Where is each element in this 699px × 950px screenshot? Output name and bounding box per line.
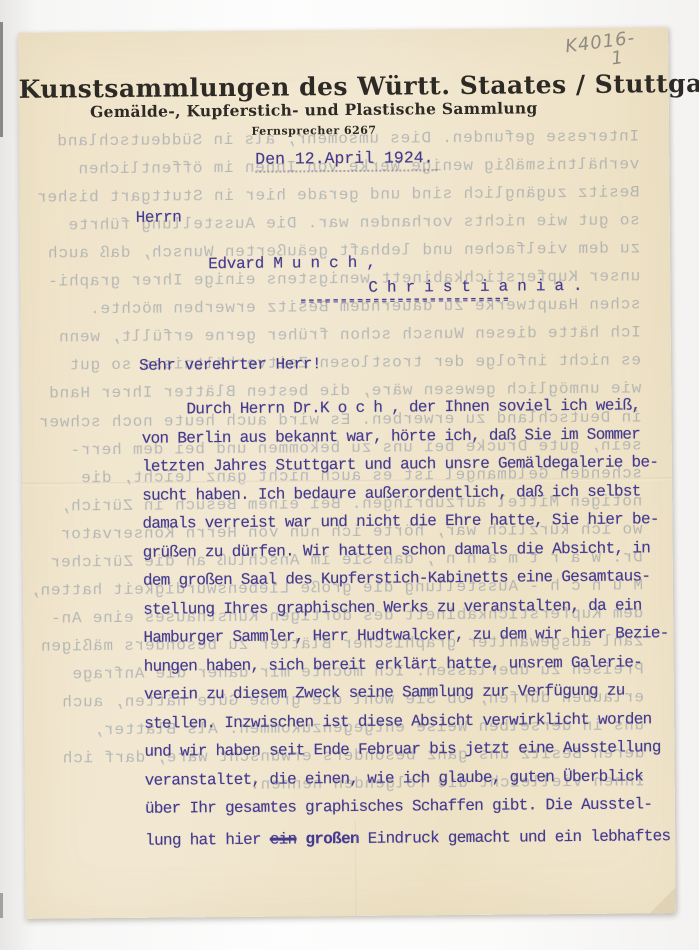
letter-body-line: von Berlin aus bekannt war, hörte ich, d… [142, 425, 641, 447]
letter-body-line: über Ihr gesamtes graphisches Schaffen g… [145, 795, 653, 817]
letter-body-line: dem großen Saal des Kupferstich-Kabinett… [143, 567, 651, 589]
letter-body-line: damals verreist war und nicht die Ehre h… [142, 510, 658, 533]
archive-number-suffix: 1 [610, 47, 638, 68]
last-line-post: Eindruck gemacht und ein lebhaftes [359, 827, 671, 848]
letter-body-line: Durch Herrn Dr.K o c h , der Ihnen sovie… [186, 396, 640, 418]
letter-body-line: stellen. Inzwischen ist diese Absicht ve… [144, 710, 652, 732]
scanner-edge-artifact-top [0, 22, 3, 137]
letter-body-line: und wir haben seit Ende Februar bis jetz… [144, 738, 660, 761]
letter-body-line: letzten Jahres Stuttgart und auch unsre … [142, 453, 658, 476]
letter-body-line: verein zu diesem Zweck seine Sammlung zu… [144, 682, 625, 704]
letter-front-content: Kunstsammlungen des Württ. Staates / Stu… [18, 27, 676, 919]
letter-body-line: sucht haben. Ich bedaure außerordentlich… [142, 482, 641, 504]
scanner-edge-artifact-bottom [0, 893, 3, 918]
last-line-overtyped-word: großen [296, 830, 358, 849]
letter-body-line: hungen haben, sich bereit erklärt hatte,… [144, 653, 643, 675]
scanned-letter-page: { "colors": { "paper": "#f0e5cc", "typew… [0, 0, 699, 950]
corner-fold-mark [650, 887, 676, 913]
letter-paper-sheet: Interesse gefunden. Dies umsomehr, als i… [18, 27, 676, 919]
letter-body-line: grüßen zu dürfen. Wir hatten schon damal… [143, 539, 651, 561]
last-line-pre: lung hat hier [145, 831, 270, 850]
last-line-struck-word: ein [270, 830, 297, 848]
letter-body-line: Hamburger Sammler, Herr Hudtwalcker, zu … [143, 624, 668, 647]
letter-body: Durch Herrn Dr.K o c h , der Ihnen sovie… [18, 27, 676, 919]
letter-body-line: veranstaltet, die einen, wie ich glaube,… [145, 767, 644, 789]
letter-body-line: stellung Ihres graphischen Werks zu vera… [143, 596, 642, 618]
